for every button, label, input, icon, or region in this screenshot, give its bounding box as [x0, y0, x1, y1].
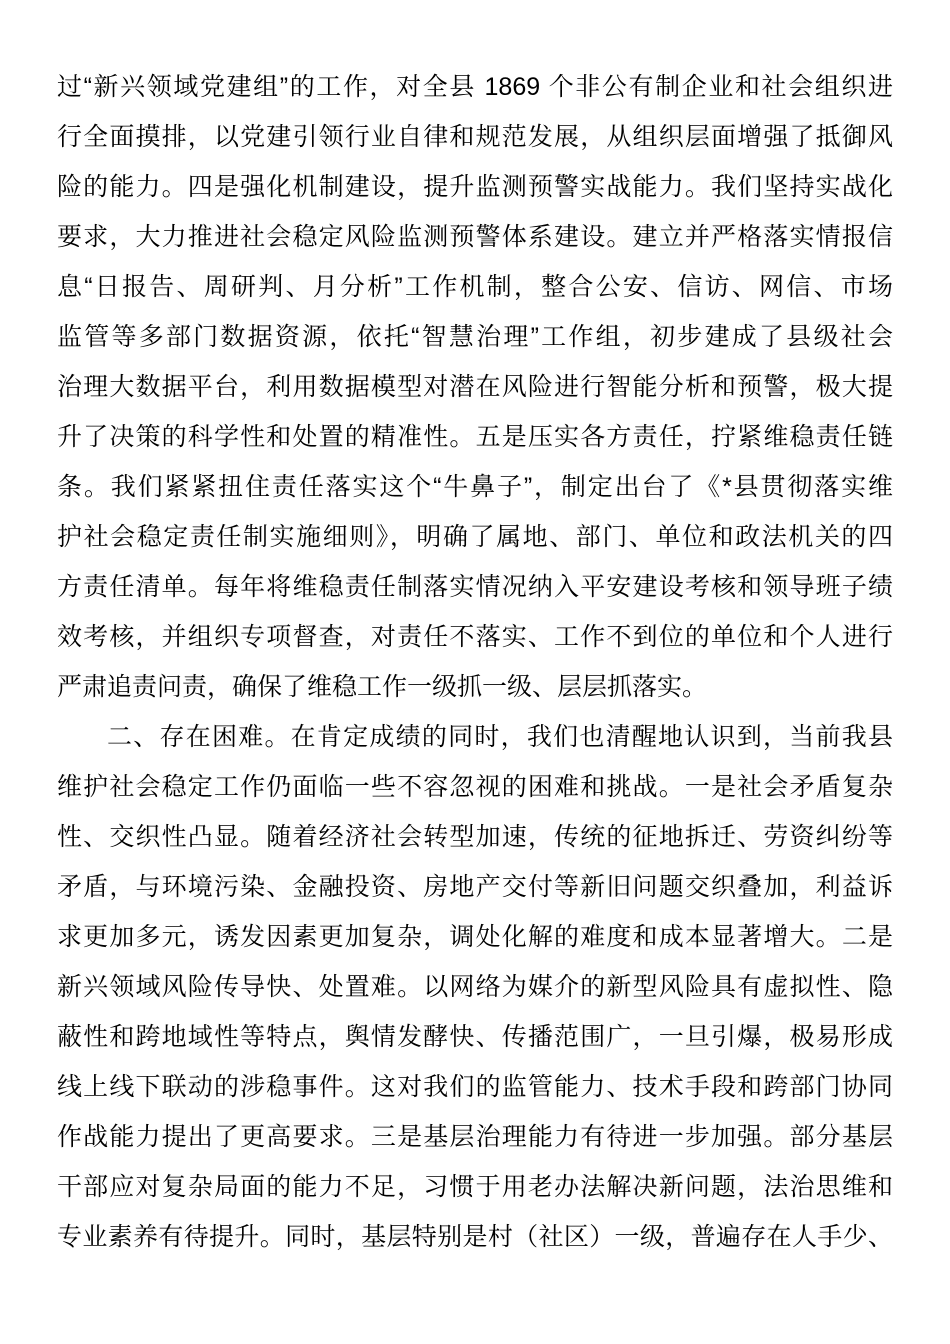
text-line: 严肃追责问责，确保了维稳工作一级抓一级、层层抓落实。: [57, 662, 893, 712]
text-line: 险的能力。四是强化机制建设，提升监测预警实战能力。我们坚持实战化: [57, 162, 893, 212]
text-line: 效考核，并组织专项督查，对责任不落实、工作不到位的单位和个人进行: [57, 612, 893, 662]
text-line: 过“新兴领域党建组”的工作，对全县 1869 个非公有制企业和社会组织进: [57, 62, 893, 112]
text-line: 维护社会稳定工作仍面临一些不容忽视的困难和挑战。一是社会矛盾复杂: [57, 762, 893, 812]
text-line: 行全面摸排，以党建引领行业自律和规范发展，从组织层面增强了抵御风: [57, 112, 893, 162]
text-line: 方责任清单。每年将维稳责任制落实情况纳入平安建设考核和领导班子绩: [57, 562, 893, 612]
text-line: 专业素养有待提升。同时，基层特别是村（社区）一级，普遍存在人手少、: [57, 1212, 893, 1262]
paragraph: 二、存在困难。在肯定成绩的同时，我们也清醒地认识到，当前我县维护社会稳定工作仍面…: [57, 712, 893, 1262]
text-line: 矛盾，与环境污染、金融投资、房地产交付等新旧问题交织叠加，利益诉: [57, 862, 893, 912]
text-line: 作战能力提出了更高要求。三是基层治理能力有待进一步加强。部分基层: [57, 1112, 893, 1162]
text-line: 新兴领域风险传导快、处置难。以网络为媒介的新型风险具有虚拟性、隐: [57, 962, 893, 1012]
text-line: 治理大数据平台，利用数据模型对潜在风险进行智能分析和预警，极大提: [57, 362, 893, 412]
text-line: 性、交织性凸显。随着经济社会转型加速，传统的征地拆迁、劳资纠纷等: [57, 812, 893, 862]
document-body: 过“新兴领域党建组”的工作，对全县 1869 个非公有制企业和社会组织进行全面摸…: [57, 62, 893, 1262]
text-line: 蔽性和跨地域性等特点，舆情发酵快、传播范围广，一旦引爆，极易形成: [57, 1012, 893, 1062]
text-line: 条。我们紧紧扭住责任落实这个“牛鼻子”，制定出台了《*县贯彻落实维: [57, 462, 893, 512]
text-line: 护社会稳定责任制实施细则》，明确了属地、部门、单位和政法机关的四: [57, 512, 893, 562]
document-page: 过“新兴领域党建组”的工作，对全县 1869 个非公有制企业和社会组织进行全面摸…: [0, 0, 950, 1344]
text-line: 线上线下联动的涉稳事件。这对我们的监管能力、技术手段和跨部门协同: [57, 1062, 893, 1112]
text-line: 二、存在困难。在肯定成绩的同时，我们也清醒地认识到，当前我县: [57, 712, 893, 762]
text-line: 要求，大力推进社会稳定风险监测预警体系建设。建立并严格落实情报信: [57, 212, 893, 262]
text-line: 监管等多部门数据资源，依托“智慧治理”工作组，初步建成了县级社会: [57, 312, 893, 362]
paragraph: 过“新兴领域党建组”的工作，对全县 1869 个非公有制企业和社会组织进行全面摸…: [57, 62, 893, 712]
text-line: 息“日报告、周研判、月分析”工作机制，整合公安、信访、网信、市场: [57, 262, 893, 312]
text-line: 干部应对复杂局面的能力不足，习惯于用老办法解决新问题，法治思维和: [57, 1162, 893, 1212]
text-line: 升了决策的科学性和处置的精准性。五是压实各方责任，拧紧维稳责任链: [57, 412, 893, 462]
text-line: 求更加多元，诱发因素更加复杂，调处化解的难度和成本显著增大。二是: [57, 912, 893, 962]
